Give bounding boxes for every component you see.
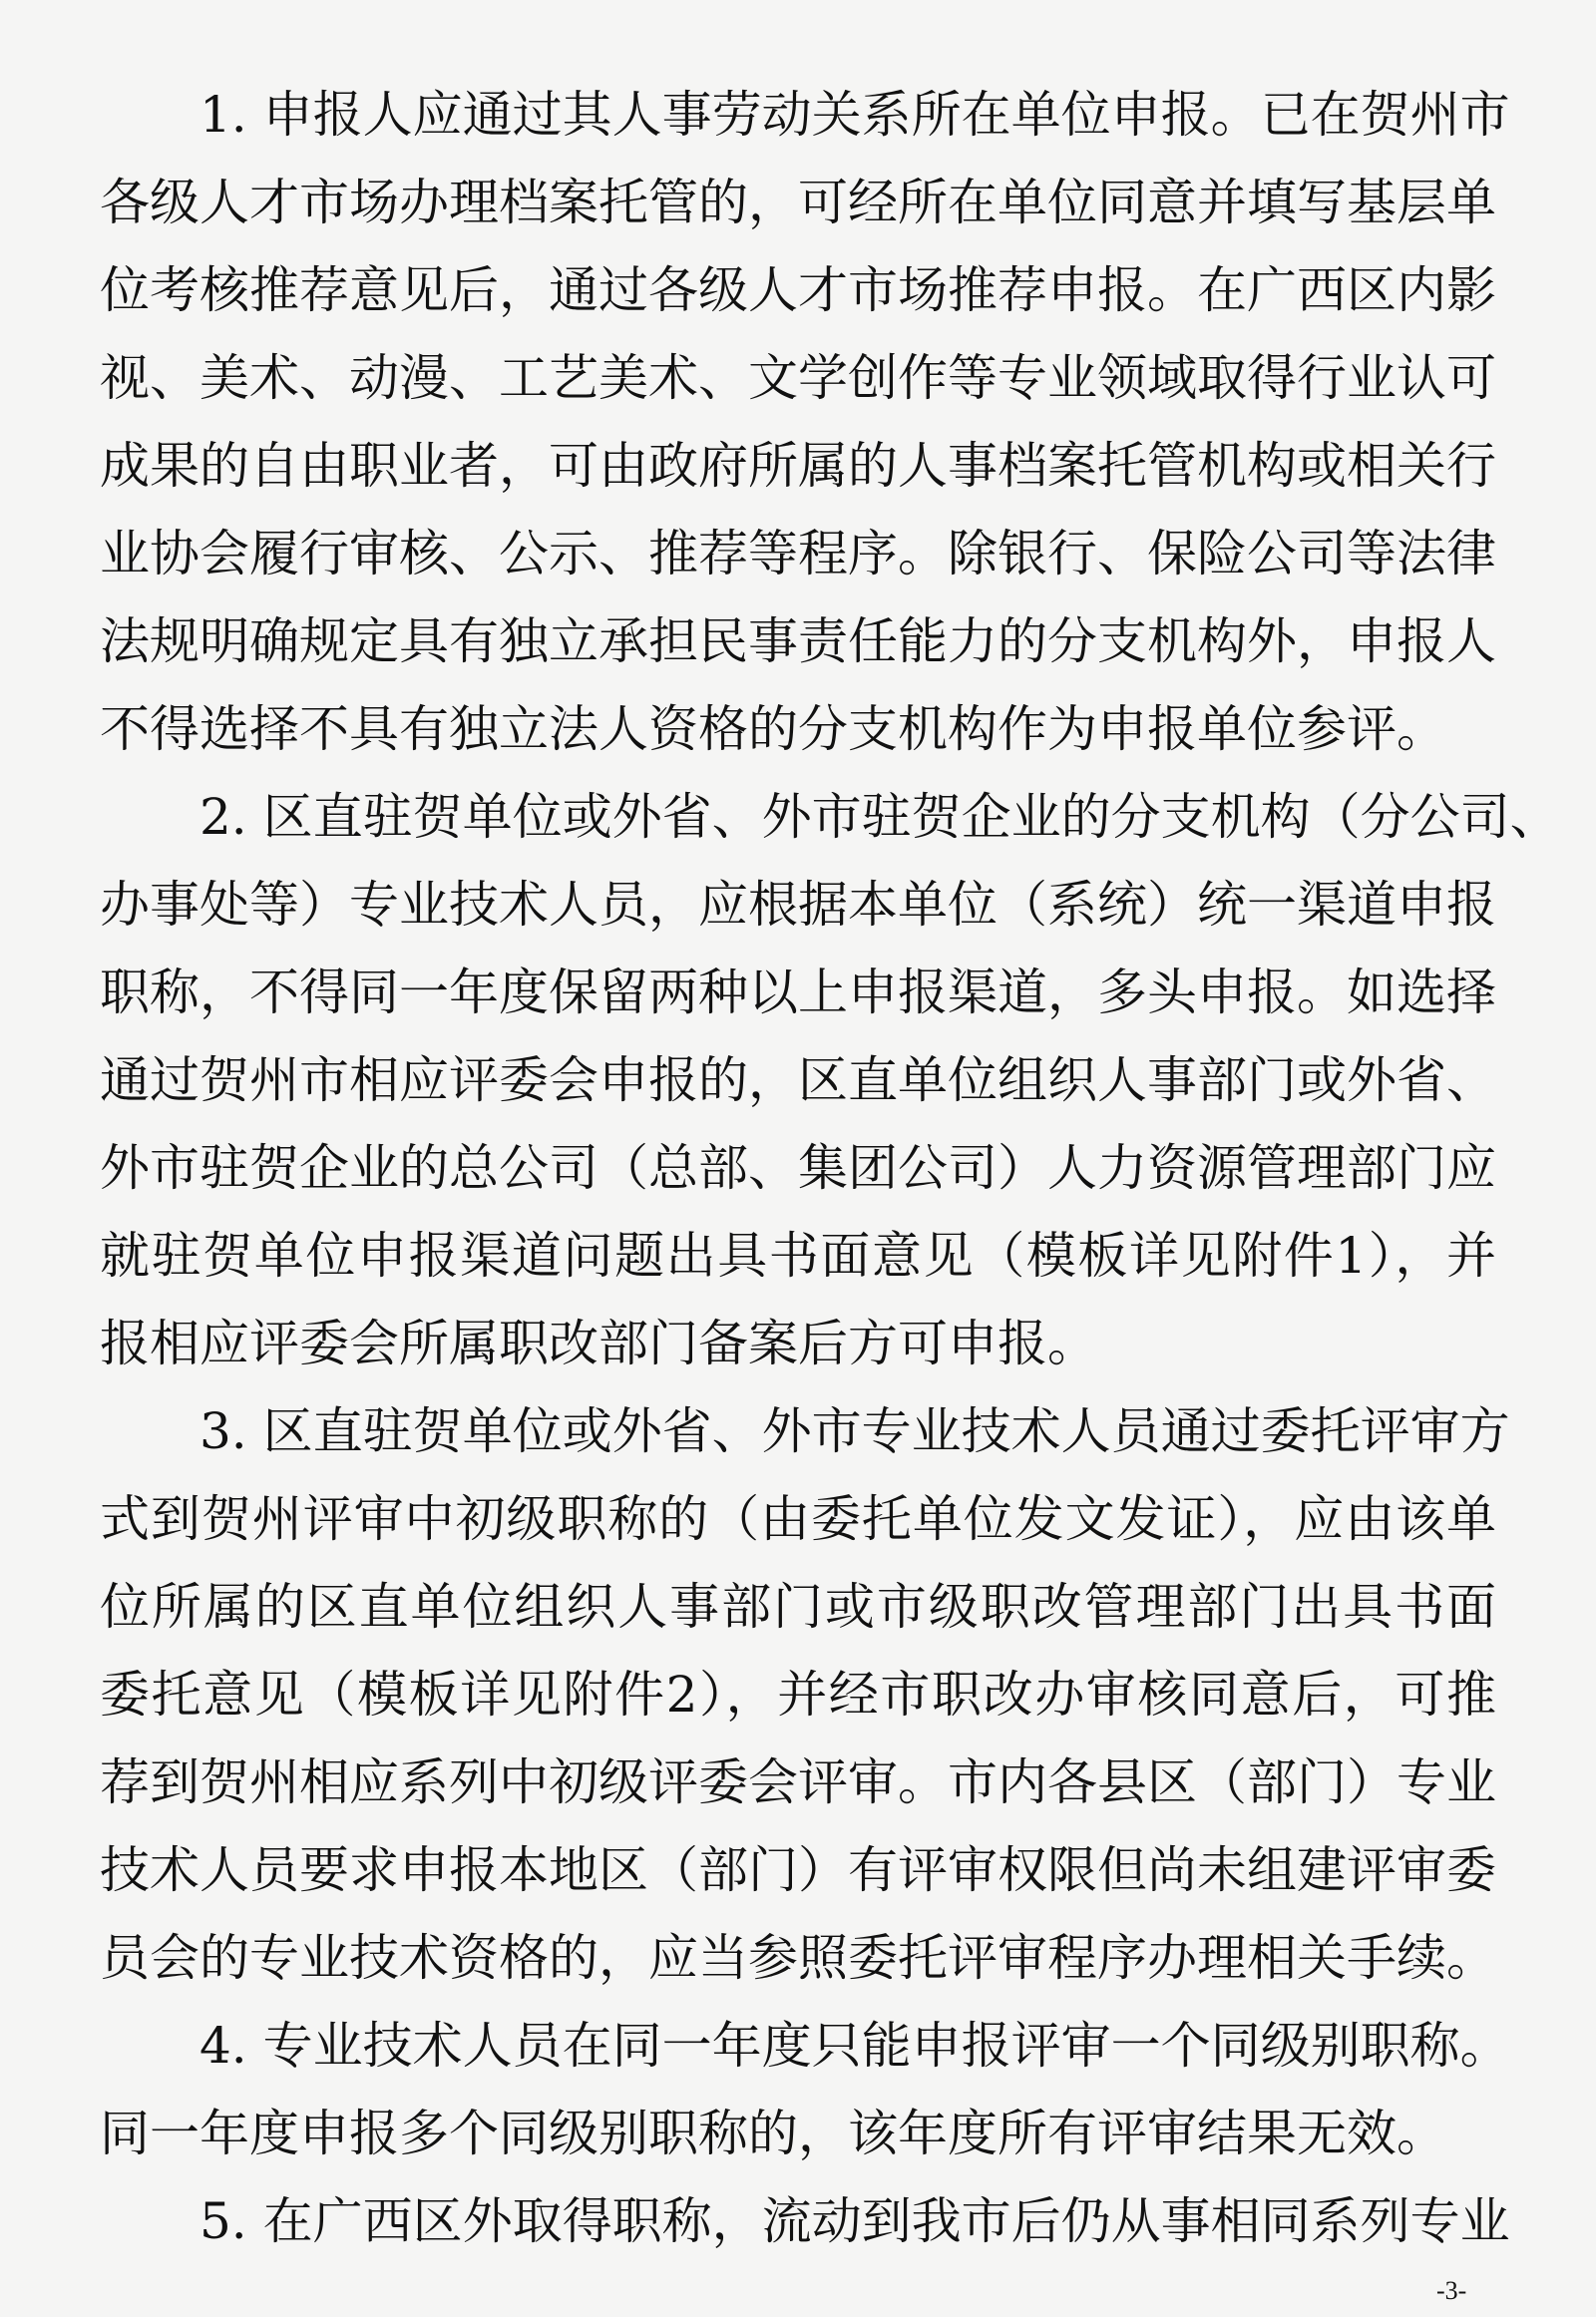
paragraph-2-line-4: 通过贺州市相应评委会申报的，区直单位组织人事部门或外省、 [100,1050,1496,1110]
paragraph-2-line-7: 报相应评委会所属职改部门备案后方可申报。 [100,1314,1496,1373]
paragraph-3-line-7: 员会的专业技术资格的，应当参照委托评审程序办理相关手续。 [100,1928,1496,1988]
paragraph-1-line-3: 位考核推荐意见后，通过各级人才市场推荐申报。在广西区内影 [100,260,1496,320]
paragraph-4-line-2: 同一年度申报多个同级别职称的，该年度所有评审结果无效。 [100,2104,1496,2163]
paragraph-4-line-1: 4. 专业技术人员在同一年度只能申报评审一个同级别职称。 [199,2016,1496,2076]
paragraph-2-line-2: 办事处等）专业技术人员，应根据本单位（系统）统一渠道申报 [100,875,1496,935]
paragraph-3-line-2: 式到贺州评审中初级职称的（由委托单位发文发证），应由该单 [100,1489,1496,1549]
paragraph-1-line-2: 各级人才市场办理档案托管的，可经所在单位同意并填写基层单 [100,173,1496,232]
paragraph-3-line-5: 荐到贺州相应系列中初级评委会评审。市内各县区（部门）专业 [100,1752,1496,1812]
paragraph-2-line-1: 2. 区直驻贺单位或外省、外市驻贺企业的分支机构（分公司、 [199,787,1496,847]
paragraph-1-line-7: 法规明确规定具有独立承担民事责任能力的分支机构外，申报人 [100,611,1496,671]
paragraph-1-line-6: 业协会履行审核、公示、推荐等程序。除银行、保险公司等法律 [100,524,1496,583]
paragraph-2-line-6: 就驻贺单位申报渠道问题出具书面意见（模板详见附件1），并 [100,1226,1496,1286]
paragraph-1-line-1: 1. 申报人应通过其人事劳动关系所在单位申报。已在贺州市 [199,85,1496,145]
paragraph-2-line-5: 外市驻贺企业的总公司（总部、集团公司）人力资源管理部门应 [100,1138,1496,1198]
paragraph-1-line-5: 成果的自由职业者，可由政府所属的人事档案托管机构或相关行 [100,436,1496,496]
document-page: 1. 申报人应通过其人事劳动关系所在单位申报。已在贺州市 各级人才市场办理档案托… [0,0,1596,2317]
paragraph-3-line-6: 技术人员要求申报本地区（部门）有评审权限但尚未组建评审委 [100,1840,1496,1900]
page-number: -3- [1436,2276,1466,2306]
paragraph-2-line-3: 职称，不得同一年度保留两种以上申报渠道，多头申报。如选择 [100,963,1496,1022]
paragraph-3-line-4: 委托意见（模板详见附件2），并经市职改办审核同意后，可推 [100,1665,1496,1725]
paragraph-5-line-1: 5. 在广西区外取得职称，流动到我市后仍从事相同系列专业 [199,2191,1496,2251]
paragraph-3-line-1: 3. 区直驻贺单位或外省、外市专业技术人员通过委托评审方 [199,1401,1496,1461]
paragraph-1-line-8: 不得选择不具有独立法人资格的分支机构作为申报单位参评。 [100,699,1496,759]
paragraph-3-line-3: 位所属的区直单位组织人事部门或市级职改管理部门出具书面 [100,1577,1496,1637]
paragraph-1-line-4: 视、美术、动漫、工艺美术、文学创作等专业领域取得行业认可 [100,348,1496,408]
